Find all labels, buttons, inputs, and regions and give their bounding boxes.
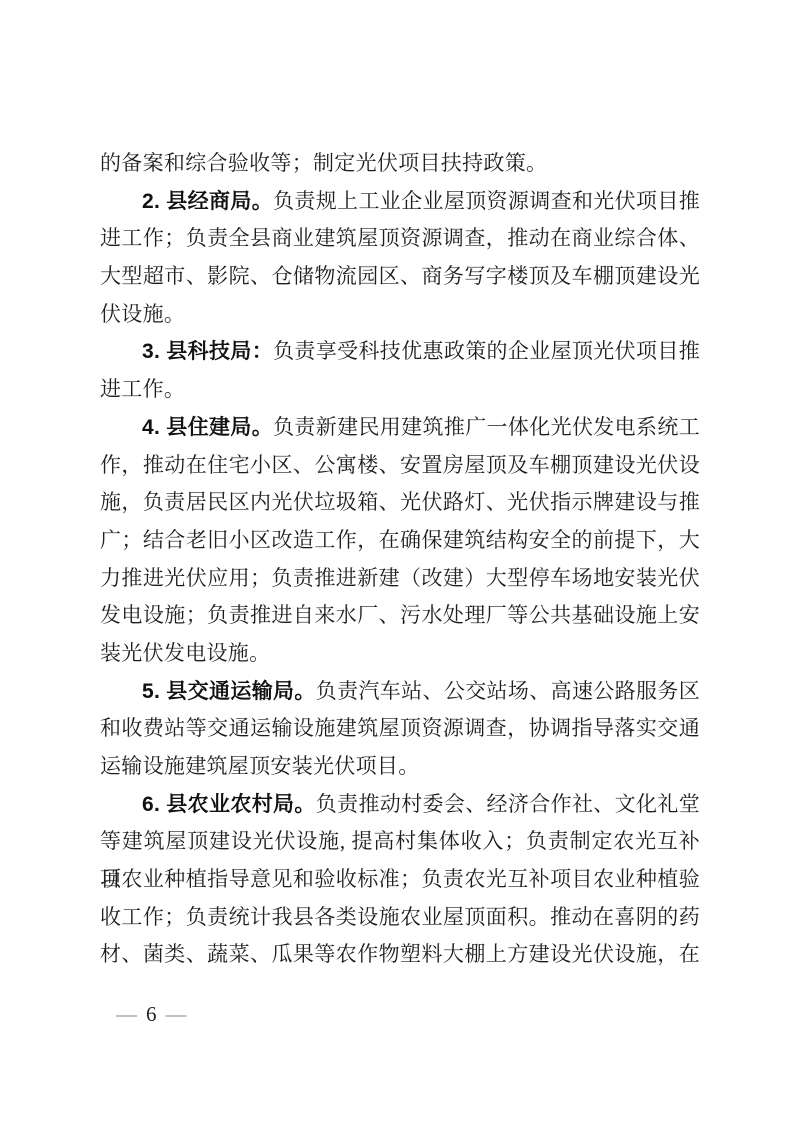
text-run: 负责推动村委会、经济合作社、文化礼堂 xyxy=(316,792,700,816)
text-line: 进工作；负责全县商业建筑屋顶资源调查，推动在商业综合体、 xyxy=(100,220,700,258)
footer-left-dash: — xyxy=(116,999,137,1029)
paragraph-first-line: 6. 县农业农村局。负责推动村委会、经济合作社、文化礼堂 xyxy=(100,786,700,824)
bureau-heading: 2. 县经商局。 xyxy=(142,190,273,213)
document-page: 的备案和综合验收等；制定光伏项目扶持政策。2. 县经商局。负责规上工业企业屋顶资… xyxy=(0,0,800,1131)
text-run: 负责新建民用建筑推广一体化光伏发电系统工 xyxy=(273,415,700,439)
bureau-heading: 4. 县住建局。 xyxy=(142,416,273,439)
text-run: 作，推动在住宅小区、公寓楼、安置房屋顶及车棚顶建设光伏设 xyxy=(100,453,700,477)
text-line: 伏设施。 xyxy=(100,296,700,334)
bureau-heading: 5. 县交通运输局。 xyxy=(142,680,316,703)
text-line: 材、菌类、蔬菜、瓜果等农作物塑料大棚上方建设光伏设施，在 xyxy=(100,936,700,974)
text-line: 进工作。 xyxy=(100,371,700,409)
text-run: 和收费站等交通运输设施建筑屋顶资源调查，协调指导落实交通 xyxy=(100,716,700,740)
bureau-heading: 3. 县科技局： xyxy=(142,340,273,363)
text-line: 和收费站等交通运输设施建筑屋顶资源调查，协调指导落实交通 xyxy=(100,710,700,748)
footer-right-dash: — xyxy=(166,999,187,1029)
text-run: 伏设施。 xyxy=(100,302,185,326)
text-run: 力推进光伏应用；负责推进新建（改建）大型停车场地安装光伏 xyxy=(100,566,700,590)
text-line: 收工作；负责统计我县各类设施农业屋顶面积。推动在喜阴的药 xyxy=(100,899,700,937)
bureau-heading: 6. 县农业农村局。 xyxy=(142,793,316,816)
text-line: 广；结合老旧小区改造工作，在确保建筑结构安全的前提下，大 xyxy=(100,522,700,560)
text-run: 装光伏发电设施。 xyxy=(100,641,270,665)
text-line: 发电设施；负责推进自来水厂、污水处理厂等公共基础设施上安 xyxy=(100,597,700,635)
text-line: 等建筑屋顶建设光伏设施, 提高村集体收入；负责制定农光互补项 xyxy=(100,823,700,861)
text-line: 力推进光伏应用；负责推进新建（改建）大型停车场地安装光伏 xyxy=(100,560,700,598)
text-run: 施，负责居民区内光伏垃圾箱、光伏路灯、光伏指示牌建设与推 xyxy=(100,490,700,514)
text-run: 进工作；负责全县商业建筑屋顶资源调查，推动在商业综合体、 xyxy=(100,226,700,250)
text-line: 作，推动在住宅小区、公寓楼、安置房屋顶及车棚顶建设光伏设 xyxy=(100,447,700,485)
text-run: 广；结合老旧小区改造工作，在确保建筑结构安全的前提下，大 xyxy=(100,528,700,552)
text-run: 目农业种植指导意见和验收标准；负责农光互补项目农业种植验 xyxy=(100,867,700,891)
page-number: 6 xyxy=(146,999,157,1029)
text-line: 大型超市、影院、仓储物流园区、商务写字楼顶及车棚顶建设光 xyxy=(100,258,700,296)
text-run: 的备案和综合验收等；制定光伏项目扶持政策。 xyxy=(100,151,547,175)
text-line: 装光伏发电设施。 xyxy=(100,635,700,673)
text-run: 收工作；负责统计我县各类设施农业屋顶面积。推动在喜阴的药 xyxy=(100,905,700,929)
page-footer: — 6 — xyxy=(116,999,187,1029)
text-line: 运输设施建筑屋顶安装光伏项目。 xyxy=(100,748,700,786)
text-run: 负责规上工业企业屋顶资源调查和光伏项目推 xyxy=(273,189,700,213)
text-run: 材、菌类、蔬菜、瓜果等农作物塑料大棚上方建设光伏设施，在 xyxy=(100,942,700,966)
text-run: 负责汽车站、公交站场、高速公路服务区 xyxy=(316,679,700,703)
document-body: 的备案和综合验收等；制定光伏项目扶持政策。2. 县经商局。负责规上工业企业屋顶资… xyxy=(100,145,700,974)
text-run: 运输设施建筑屋顶安装光伏项目。 xyxy=(100,754,420,778)
text-run: 负责享受科技优惠政策的企业屋顶光伏项目推 xyxy=(273,339,700,363)
text-run: 大型超市、影院、仓储物流园区、商务写字楼顶及车棚顶建设光 xyxy=(100,264,700,288)
paragraph-first-line: 3. 县科技局：负责享受科技优惠政策的企业屋顶光伏项目推 xyxy=(100,333,700,371)
text-line: 的备案和综合验收等；制定光伏项目扶持政策。 xyxy=(100,145,700,183)
text-line: 目农业种植指导意见和验收标准；负责农光互补项目农业种植验 xyxy=(100,861,700,899)
paragraph-first-line: 5. 县交通运输局。负责汽车站、公交站场、高速公路服务区 xyxy=(100,673,700,711)
text-run: 进工作。 xyxy=(100,377,185,401)
paragraph-first-line: 4. 县住建局。负责新建民用建筑推广一体化光伏发电系统工 xyxy=(100,409,700,447)
document-scan: { "document": { "text_color": "#1d1d1d",… xyxy=(0,0,800,1131)
text-run: 发电设施；负责推进自来水厂、污水处理厂等公共基础设施上安 xyxy=(100,603,700,627)
text-line: 施，负责居民区内光伏垃圾箱、光伏路灯、光伏指示牌建设与推 xyxy=(100,484,700,522)
paragraph-first-line: 2. 县经商局。负责规上工业企业屋顶资源调查和光伏项目推 xyxy=(100,183,700,221)
